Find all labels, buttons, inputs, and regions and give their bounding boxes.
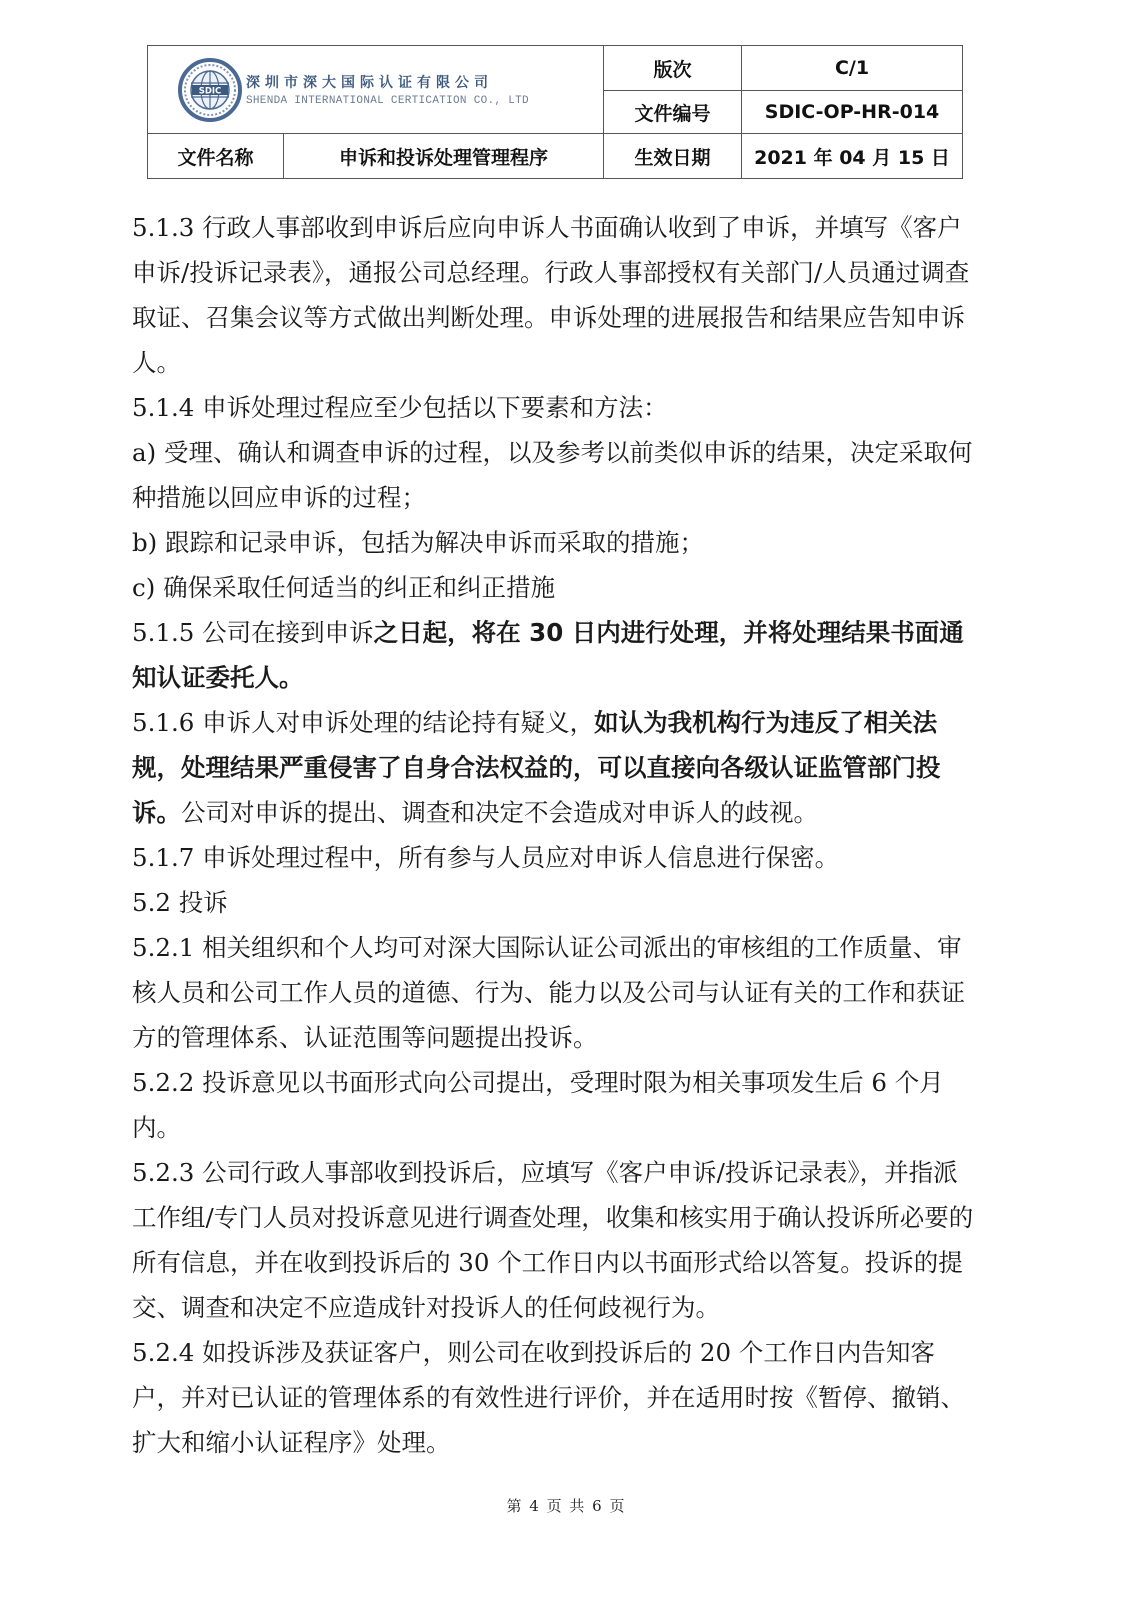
svg-text:SDIC: SDIC [199, 86, 222, 96]
clause-5-1-7: 5.1.7 申诉处理过程中，所有参与人员应对申诉人信息进行保密。 [132, 835, 982, 880]
clause-5-2-4: 5.2.4 如投诉涉及获证客户，则公司在收到投诉后的 20 个工作日内告知客户，… [132, 1330, 982, 1465]
section-5-2-heading: 5.2 投诉 [132, 880, 982, 925]
clause-5-1-6-text: 5.1.6 申诉人对申诉处理的结论持有疑义， [132, 708, 594, 737]
clause-5-1-4-a: a) 受理、确认和调查申诉的过程，以及参考以前类似申诉的结果，决定采取何种措施以… [132, 430, 982, 520]
clause-5-1-5-text: 5.1.5 公司在接到申诉 [132, 618, 374, 647]
clause-5-1-4: 5.1.4 申诉处理过程应至少包括以下要素和方法： [132, 385, 982, 430]
page-number-footer: 第 4 页 共 6 页 [0, 1495, 1131, 1516]
doc-number-value: SDIC-OP-HR-014 [742, 91, 963, 134]
clause-5-1-4-b: b) 跟踪和记录申诉，包括为解决申诉而采取的措施； [132, 520, 982, 565]
company-name-cn: 深圳市深大国际认证有限公司 [246, 72, 529, 92]
effective-date-label: 生效日期 [604, 134, 742, 179]
clause-5-1-3: 5.1.3 行政人事部收到申诉后应向申诉人书面确认收到了申诉，并填写《客户申诉/… [132, 205, 982, 385]
clause-5-1-6: 5.1.6 申诉人对申诉处理的结论持有疑义，如认为我机构行为违反了相关法规，处理… [132, 700, 982, 835]
company-logo-cell: SDIC 深圳市深大国际认证有限公司 SHENDA INTERNATIONAL … [148, 46, 604, 134]
effective-date-value: 2021 年 04 月 15 日 [742, 134, 963, 179]
company-name-en: SHENDA INTERNATIONAL CERTICATION CO., LT… [246, 95, 529, 107]
clause-5-1-4-c: c) 确保采取任何适当的纠正和纠正措施 [132, 565, 982, 610]
clause-5-2-2: 5.2.2 投诉意见以书面形式向公司提出，受理时限为相关事项发生后 6 个月内。 [132, 1060, 982, 1150]
doc-number-label: 文件编号 [604, 91, 742, 134]
doc-name-label: 文件名称 [148, 134, 284, 179]
version-label: 版次 [604, 46, 742, 91]
version-value: C/1 [742, 46, 963, 91]
clause-5-2-1: 5.2.1 相关组织和个人均可对深大国际认证公司派出的审核组的工作质量、审核人员… [132, 925, 982, 1060]
document-header-table: SDIC 深圳市深大国际认证有限公司 SHENDA INTERNATIONAL … [147, 45, 963, 179]
sdic-globe-logo-icon: SDIC [178, 58, 242, 122]
clause-5-1-5: 5.1.5 公司在接到申诉之日起，将在 30 日内进行处理，并将处理结果书面通知… [132, 610, 982, 700]
doc-name-value: 申诉和投诉处理管理程序 [284, 134, 604, 179]
clause-5-1-6-text-end: 公司对申诉的提出、调查和决定不会造成对申诉人的歧视。 [181, 798, 818, 827]
clause-5-2-3: 5.2.3 公司行政人事部收到投诉后，应填写《客户申诉/投诉记录表》，并指派工作… [132, 1150, 982, 1330]
document-body: 5.1.3 行政人事部收到申诉后应向申诉人书面确认收到了申诉，并填写《客户申诉/… [132, 205, 982, 1465]
